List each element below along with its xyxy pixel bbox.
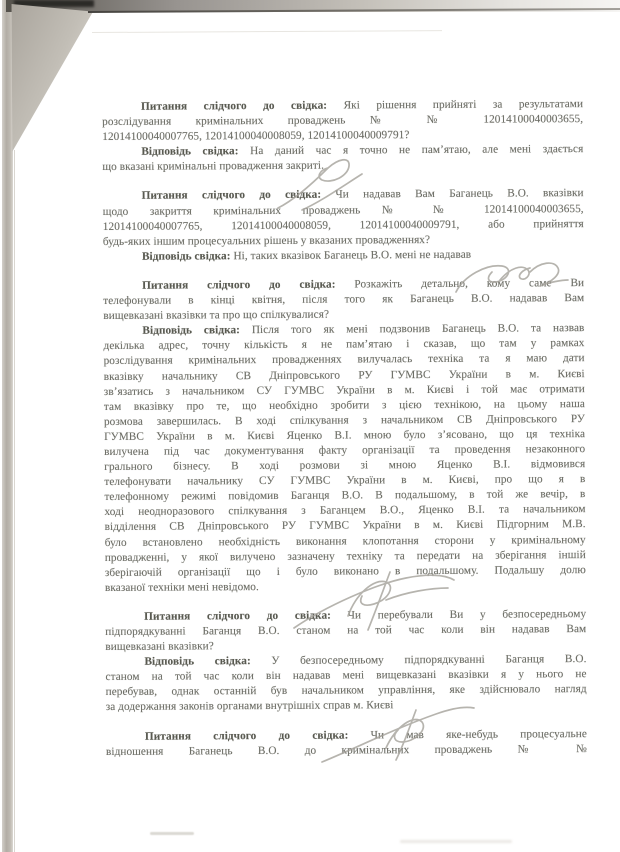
- question-paragraph: Питання слідчого до свідка: Які рішення …: [102, 97, 583, 145]
- handwritten-signature-1: [272, 154, 372, 212]
- scan-smudge: [150, 832, 194, 835]
- page-left-edge: [14, 150, 15, 852]
- handwritten-signature-3: [286, 566, 461, 638]
- answer-paragraph: Відповідь свідка: Після того як мені под…: [103, 321, 586, 596]
- handwritten-signature-2: [452, 256, 572, 300]
- scan-faint-line: [92, 30, 442, 33]
- qa-block: Питання слідчого до свідка: Розкажіть де…: [103, 276, 586, 596]
- handwritten-signature-4: [316, 700, 481, 770]
- scan-smudge: [400, 840, 512, 843]
- page-corner-fold: [9, 1, 93, 153]
- scan-edge-left: [2, 0, 13, 852]
